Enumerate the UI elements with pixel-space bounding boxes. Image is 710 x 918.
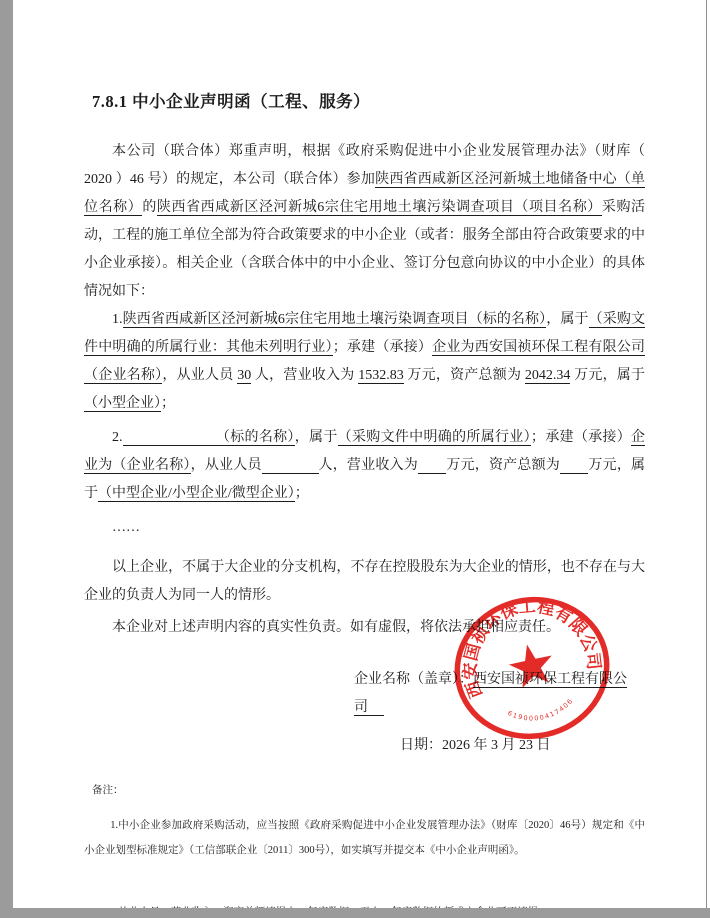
item-text: ，属于	[546, 312, 588, 327]
blank-subject-name	[123, 430, 223, 446]
declaration-text: 的	[142, 200, 157, 215]
industry-label-underlined: （采购文件中明确的所属行业）	[338, 430, 531, 446]
enterprise-type-underlined: （小型企业）	[84, 396, 161, 412]
assets-underlined: 2042.34	[525, 368, 571, 384]
item-text: ，属于	[295, 430, 338, 445]
item-text: 万元，属于	[570, 368, 645, 383]
project-name-underlined: 陕西省西咸新区泾河新城6宗住宅用地土壤污染调查项目（项目名称）	[157, 200, 602, 216]
blank-revenue	[418, 458, 446, 474]
viewer-left-gutter	[0, 0, 13, 918]
revenue-underlined: 1532.83	[358, 368, 404, 384]
page-right-edge	[706, 0, 707, 918]
item-text: 人，营业收入为	[319, 458, 418, 473]
notes-section: 备注： 1.中小企业参加政府采购活动，应当按照《政府采购促进中小企业发展管理办法…	[84, 778, 645, 918]
svg-text:6190000417406: 6190000417406	[505, 695, 578, 728]
viewer-bottom-gutter	[0, 908, 710, 918]
item-text: ，从业人员	[162, 368, 237, 383]
item-text: ；	[295, 486, 309, 501]
item-number: 1.	[112, 312, 123, 327]
page-title: 7.8.1 中小企业声明函（工程、服务）	[92, 88, 645, 112]
item-text: 万元，资产总额为	[404, 368, 525, 383]
blank-assets	[560, 458, 588, 474]
item-1-paragraph: 1.陕西省西咸新区泾河新城6宗住宅用地土壤污染调查项目（标的名称），属于（采购文…	[84, 306, 645, 418]
item-text: ；承建（承接）	[531, 430, 631, 445]
seal-code-text: 6190000417406	[505, 695, 578, 728]
note-item-1: 1.中小企业参加政府采购活动，应当按照《政府采购促进中小企业发展管理办法》（财库…	[84, 813, 645, 863]
blank-employee-count	[262, 458, 319, 474]
subject-name-label-underlined: （标的名称）	[223, 430, 295, 446]
item-text: 万元，资产总额为	[446, 458, 560, 473]
item-text: 人，营业收入为	[251, 368, 358, 383]
notes-label: 备注：	[92, 778, 645, 803]
company-seal-stamp: 西安国祯环保工程有限公司 6190000417406	[448, 594, 616, 744]
employee-count-underlined: 30	[237, 368, 251, 384]
document-page: 7.8.1 中小企业声明函（工程、服务） 本公司（联合体）郑重声明，根据《政府采…	[13, 0, 706, 908]
item-text: ，从业人员	[191, 458, 262, 473]
item-number: 2.	[112, 430, 123, 445]
item-text: ；	[161, 396, 175, 411]
ellipsis-line: ……	[84, 514, 645, 542]
item-text: ；承建（承接）	[333, 340, 432, 355]
enterprise-type-options-underlined: （中型企业/小型企业/微型企业）	[98, 486, 295, 502]
subject-name-underlined: 陕西省西咸新区泾河新城6宗住宅用地土壤污染调查项目（标的名称）	[123, 312, 547, 328]
declaration-paragraph: 本公司（联合体）郑重声明，根据《政府采购促进中小企业发展管理办法》（财库（ 20…	[84, 138, 645, 306]
item-2-paragraph: 2. （标的名称），属于（采购文件中明确的所属行业）；承建（承接）企业为（企业名…	[84, 424, 645, 508]
seal-star-icon	[506, 640, 557, 690]
